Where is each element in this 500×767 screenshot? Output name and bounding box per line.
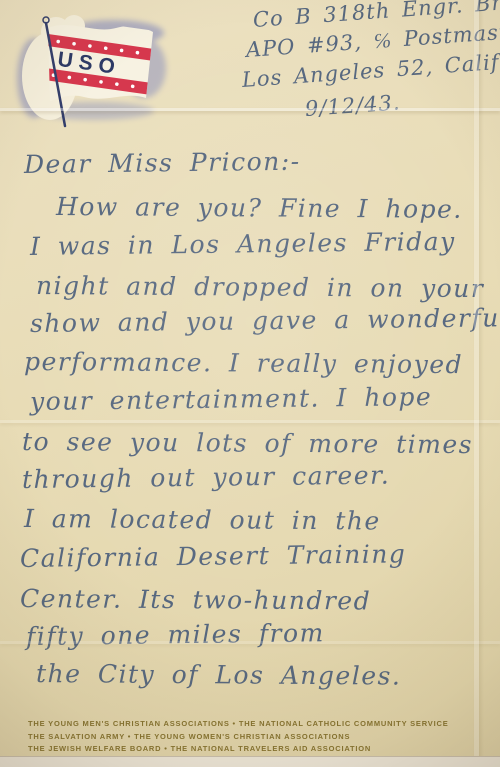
letter-line: to see you lots of more times xyxy=(22,427,473,459)
fold-crease-vertical xyxy=(474,0,479,767)
uso-flag-logo: USO xyxy=(12,6,177,134)
letter-line: I was in Los Angeles Friday xyxy=(30,227,456,261)
footer-line: THE SALVATION ARMY • THE YOUNG WOMEN'S C… xyxy=(28,732,474,744)
fold-crease xyxy=(0,641,500,644)
letter-line: I am located out in the xyxy=(24,504,381,535)
salutation: Dear Miss Pricon:- xyxy=(24,147,301,179)
letter-page: USO Co B 318th Engr. Bn APO #93, ℅ Postm… xyxy=(0,0,500,767)
letter-line: the City of Los Angeles. xyxy=(36,659,402,691)
footer-line: THE JEWISH WELFARE BOARD • THE NATIONAL … xyxy=(28,744,474,756)
footer-line: THE YOUNG MEN'S CHRISTIAN ASSOCIATIONS •… xyxy=(28,719,474,731)
paper-bottom-edge xyxy=(0,756,500,767)
letter-line: Center. Its two-hundred xyxy=(20,584,371,615)
letter-line: show and you gave a wonderful xyxy=(30,303,500,338)
letter-line: night and dropped in on your xyxy=(36,271,484,303)
fold-crease xyxy=(0,420,500,423)
letter-line: How are you? Fine I hope. xyxy=(56,192,463,224)
letter-line: performance. I really enjoyed xyxy=(24,347,463,379)
letter-line: through out your career. xyxy=(22,461,391,494)
letter-line: California Desert Training xyxy=(20,539,407,573)
letter-line: fifty one miles from xyxy=(26,618,325,651)
letter-line: your entertainment. I hope xyxy=(30,382,433,416)
fold-crease xyxy=(0,108,500,111)
date-line: 9/12/43. xyxy=(304,90,401,121)
